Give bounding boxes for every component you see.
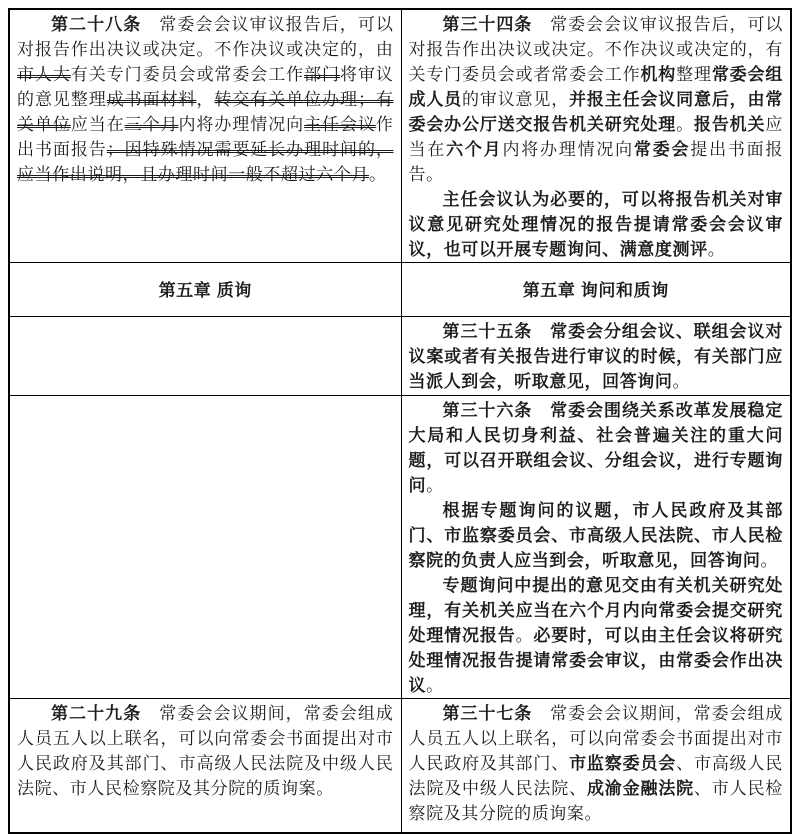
- cell-article-35-new: 第三十五条 常委会分组会议、联组会议对议案或者有关报告进行审议的时候，有关部门应…: [401, 317, 791, 396]
- text-segment: 。: [761, 551, 779, 570]
- cell-chapter-5-old: 第五章 质询: [9, 263, 401, 317]
- comparison-table: 第二十八条 常委会会议审议报告后，可以对报告作出决议或决定。不作决议或决定的，由…: [8, 8, 792, 834]
- cell-article-28-old: 第二十八条 常委会会议审议报告后，可以对报告作出决议或决定。不作决议或决定的，由…: [9, 9, 401, 263]
- row-article-29-37: 第二十九条 常委会会议期间，常委会组成人员五人以上联名，可以向常委会书面提出对市…: [9, 699, 791, 833]
- inserted-text: 六个月: [446, 140, 502, 159]
- paragraph: 第三十五条 常委会分组会议、联组会议对议案或者有关报告进行审议的时候，有关部门应…: [409, 319, 784, 394]
- deleted-text: 市人大: [17, 65, 71, 84]
- cell-empty-left-2: [9, 396, 401, 699]
- deleted-text: 部门: [304, 65, 340, 84]
- inserted-text: 第三十四条: [443, 15, 533, 34]
- paragraph: 第三十七条 常委会会议期间，常委会组成人员五人以上联名，可以向常委会书面提出对市…: [409, 701, 784, 826]
- inserted-text: 第二十九条: [51, 704, 141, 723]
- cell-chapter-5-new: 第五章 询问和质询: [401, 263, 791, 317]
- inserted-text: 主任会议认为必要的，可以将报告机关对审议意见研究处理情况的报告提请常委会会议审议…: [409, 190, 784, 259]
- row-chapter-5: 第五章 质询 第五章 询问和质询: [9, 263, 791, 317]
- row-article-35: 第三十五条 常委会分组会议、联组会议对议案或者有关报告进行审议的时候，有关部门应…: [9, 317, 791, 396]
- cell-article-29-old: 第二十九条 常委会会议期间，常委会组成人员五人以上联名，可以向常委会书面提出对市…: [9, 699, 401, 833]
- paragraph: 第三十四条 常委会会议审议报告后，可以对报告作出决议或决定。不作决议或决定的，有…: [409, 12, 784, 187]
- row-article-28-34: 第二十八条 常委会会议审议报告后，可以对报告作出决议或决定。不作决议或决定的，由…: [9, 9, 791, 263]
- text-segment: 。: [516, 626, 534, 645]
- paragraph: 第二十九条 常委会会议期间，常委会组成人员五人以上联名，可以向常委会书面提出对市…: [17, 701, 394, 801]
- inserted-text: 报告机关: [694, 115, 765, 134]
- paragraph: 主任会议认为必要的，可以将报告机关对审议意见研究处理情况的报告提请常委会会议审议…: [409, 187, 784, 262]
- text-segment: 。: [708, 240, 726, 259]
- text-segment: 。: [426, 476, 444, 495]
- inserted-text: 根据专题询问的议题，市人民政府及其部门、市监察委员会、市高级人民法院、市人民检察…: [409, 501, 784, 570]
- text-segment: 整理: [676, 65, 712, 84]
- text-segment: 。: [673, 372, 691, 391]
- text-segment: 应当在: [71, 115, 125, 134]
- paragraph: 第二十八条 常委会会议审议报告后，可以对报告作出决议或决定。不作决议或决定的，由…: [17, 12, 394, 187]
- row-article-36: 第三十六条 常委会围绕关系改革发展稳定大局和人民切身利益、社会普遍关注的重大问题…: [9, 396, 791, 699]
- cell-article-37-new: 第三十七条 常委会会议期间，常委会组成人员五人以上联名，可以向常委会书面提出对市…: [401, 699, 791, 833]
- cell-article-36-new: 第三十六条 常委会围绕关系改革发展稳定大局和人民切身利益、社会普遍关注的重大问题…: [401, 396, 791, 699]
- inserted-text: 第三十七条: [443, 704, 533, 723]
- paragraph: 第五章 质询: [17, 278, 394, 303]
- cell-empty-left-1: [9, 317, 401, 396]
- text-segment: 。: [369, 165, 387, 184]
- text-segment: 。: [676, 115, 694, 134]
- deleted-text: 三个月: [125, 115, 179, 134]
- inserted-text: 市监察委员会: [569, 754, 676, 773]
- inserted-text: 第三十五条 常委会分组会议、联组会议对议案或者有关报告进行审议的时候，有关部门应…: [409, 322, 784, 391]
- text-segment: 。: [426, 676, 444, 695]
- paragraph: 第五章 询问和质询: [409, 278, 784, 303]
- inserted-text: 成渝金融法院: [587, 779, 694, 798]
- text-segment: 内将办理情况向: [502, 140, 633, 159]
- text-segment: 的审议意见，: [462, 90, 569, 109]
- deleted-text: 主任会议: [304, 115, 376, 134]
- inserted-text: 第三十六条 常委会围绕关系改革发展稳定大局和人民切身利益、社会普遍关注的重大问题…: [409, 401, 784, 495]
- text-segment: 有关专门委员会或常委会工作: [71, 65, 304, 84]
- inserted-text: 第二十八条: [51, 15, 141, 34]
- text-segment: 内将办理情况向: [178, 115, 304, 134]
- text-segment: ，: [196, 90, 214, 109]
- deleted-text: 成书面材料: [107, 90, 197, 109]
- inserted-text: 第五章 询问和质询: [523, 281, 669, 300]
- paragraph: 第三十六条 常委会围绕关系改革发展稳定大局和人民切身利益、社会普遍关注的重大问题…: [409, 398, 784, 498]
- cell-article-34-new: 第三十四条 常委会会议审议报告后，可以对报告作出决议或决定。不作决议或决定的，有…: [401, 9, 791, 263]
- inserted-text: 机构: [640, 65, 676, 84]
- inserted-text: 常委会: [634, 140, 690, 159]
- inserted-text: 第五章 质询: [159, 281, 252, 300]
- paragraph: 根据专题询问的议题，市人民政府及其部门、市监察委员会、市高级人民法院、市人民检察…: [409, 498, 784, 573]
- comparison-table-body: 第二十八条 常委会会议审议报告后，可以对报告作出决议或决定。不作决议或决定的，由…: [9, 9, 791, 833]
- paragraph: 专题询问中提出的意见交由有关机关研究处理，有关机关应当在六个月内向常委会提交研究…: [409, 573, 784, 698]
